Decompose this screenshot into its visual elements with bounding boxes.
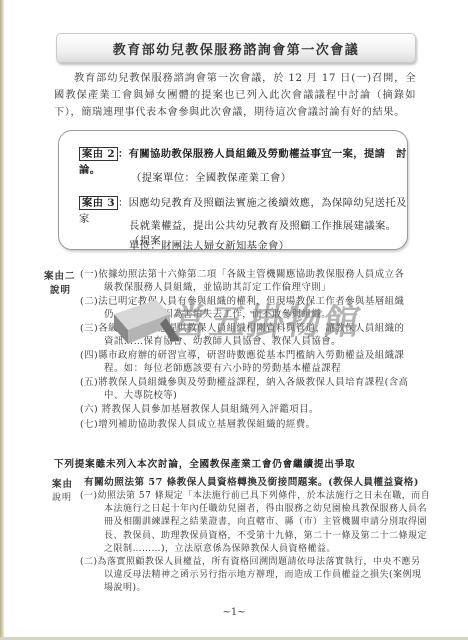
item-line: 長、教保員、助理教保員資格，不受第十九條，第二十一條及第二十二條規定 (80, 530, 440, 543)
item-line: (一)依據幼照法第十六條第二項「各級主管機關應協助教保服務人員成立各 (80, 269, 404, 280)
document-title: 教育部幼兒教保服務諮詢會第一次會議 (113, 39, 360, 58)
pending-explanation-item-2: (二)為落實照顧教保人員權益，所有資格回溯問題請依母法落實執行，中央不應另 以違… (80, 556, 440, 596)
pending-explanation-label: 說明 (52, 490, 72, 503)
pending-proposals-heading: 下列提案雖未列入本次討論，全國教保產業工會仍會繼續提出爭取 (54, 456, 355, 470)
item-line: 場說明)。 (80, 582, 440, 595)
item-line: (六) 將教保人員參加基層教保人員組織列入評鑑項目。 (80, 404, 319, 415)
item-line: 冊及相關訓練課程之結業證書，向直轄市、縣（市）主管機關申請分別取得園 (80, 516, 440, 529)
item-line: (一)幼照法第 57 條規定「本法施行前已具下列條件，於本法施行之日未在職，而自 (80, 491, 430, 501)
case-summary-box: 案由 2：有關協助教保服務人員組織及勞動權益事宜一案，提請 討論。 （提案單位：… (58, 130, 408, 250)
explanation-item-3: (三)各級主管機關應提供教保人員組織相關資料與管道，讓教保人員組織的 資訊……保… (80, 322, 440, 348)
item-line: (七)增列補助協助教保人員成立基層教保組織的經費。 (80, 419, 315, 430)
pending-case-title: 有關幼照法第 57 條教保人員資格轉換及銜接問題案。(教保人員權益資格) (84, 476, 444, 489)
item-line: 仍……，甚至因為害怕失去工作，而不敢參與組織。 (80, 308, 440, 321)
item-line: 以違反母法精神之函示另行指示地方辦理，而造成工作員權益之損失(案例現 (80, 569, 440, 582)
case2-explanation-label-2: 說明 (50, 282, 71, 296)
case2-explanation-label: 案由二 (44, 268, 76, 282)
item-line: (三)各級主管機關應提供教保人員組織相關資料與管道，讓教保人員組織的 (80, 323, 404, 334)
page-number: ~1~ (0, 607, 468, 618)
item-line: 資訊……保育協會、幼教師人員協會、教保人員協會。 (80, 335, 440, 348)
explanation-item-4: (四)縣市政府辦的研習宣導，研習時數應從基本門檻納入勞動權益及組織課 程。如：每… (80, 349, 440, 375)
intro-paragraph: 教育部幼兒教保服務諮詢會第一次會議，於 12 月 17 日(一)召開，全國教保產… (54, 70, 416, 121)
pending-case-label: 案由 (52, 476, 73, 490)
case3-tag: 案由 3 (79, 196, 118, 210)
item-line: (二)為落實照顧教保人員權益，所有資格回溯問題請依母法落實執行，中央不應另 (80, 557, 421, 567)
item-line: (二)法已明定教保人員有參與組織的權利，但現場教保工作者參與基層組織 (80, 296, 404, 307)
pending-explanation-item-1: (一)幼照法第 57 條規定「本法施行前已具下列條件，於本法施行之日未在職，而自… (80, 490, 440, 556)
item-line: 中、大專院校等) (80, 389, 440, 402)
page-edge (0, 0, 4, 640)
case2-proposer: （提案單位：全國教保產業工會） (131, 169, 291, 184)
item-line: (五)將教保人員組織參與及勞動權益課程，納入各級教保人員培育課程(含高 (80, 377, 408, 388)
case3-line3: 單位：財團法人婦女新知基金會） (129, 237, 289, 252)
explanation-item-1: (一)依據幼照法第十六條第二項「各級主管機關應協助教保服務人員成立各 級教保服務… (80, 268, 440, 294)
item-line: 本法施行之日起十年內任職幼兒園者，得由服務之幼兒園檢具教保服務人員名 (80, 503, 440, 516)
explanation-item-2: (二)法已明定教保人員有參與組織的權利，但現場教保工作者參與基層組織 仍……，甚… (80, 295, 440, 321)
case2-tag: 案由 2 (79, 147, 118, 161)
document-title-banner: 教育部幼兒教保服務諮詢會第一次會議 (56, 33, 416, 63)
item-line: (四)縣市政府辦的研習宣導，研習時數應從基本門檻納入勞動權益及組織課 (80, 350, 404, 361)
item-line: 之限制………)，立法原意係為保障教保人員資格權益。 (80, 543, 440, 556)
explanation-item-6: (六) 將教保人員參加基層教保人員組織列入評鑑項目。 (80, 403, 440, 416)
item-line: 程。如：每位老師應該要有六小時的勞動基本權益課程 (80, 362, 440, 375)
item-line: 級教保服務人員組織，並協助其訂定工作倫理守則」 (80, 281, 440, 294)
explanation-item-7: (七)增列補助協助教保人員成立基層教保組織的經費。 (80, 418, 440, 431)
explanation-item-5: (五)將教保人員組織參與及勞動權益課程，納入各級教保人員培育課程(含高 中、大專… (80, 376, 440, 402)
